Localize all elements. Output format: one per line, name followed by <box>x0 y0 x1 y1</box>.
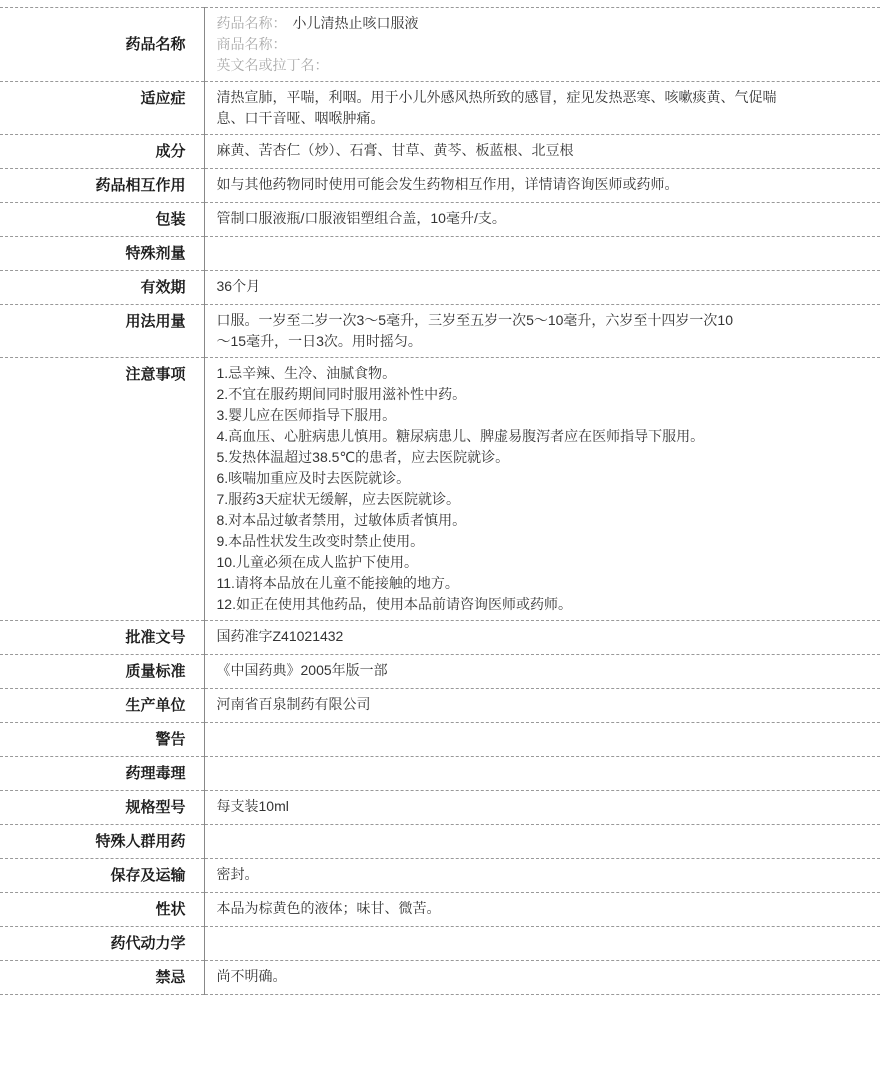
table-row: 药品名称药品名称：小儿清热止咳口服液商品名称：英文名或拉丁名： <box>0 8 880 82</box>
table-row: 批准文号国药准字Z41021432 <box>0 621 880 655</box>
value-line: 口服。一岁至二岁一次3～5毫升，三岁至五岁一次5～10毫升，六岁至十四岁一次10 <box>217 310 871 331</box>
row-value: 管制口服液瓶/口服液铝塑组合盖，10毫升/支。 <box>204 203 880 237</box>
row-label: 特殊人群用药 <box>0 825 204 859</box>
value-line: 4.高血压、心脏病患儿慎用。糖尿病患儿、脾虚易腹泻者应在医师指导下服用。 <box>217 426 871 447</box>
field-value <box>329 57 335 73</box>
table-row: 药品相互作用如与其他药物同时使用可能会发生药物相互作用，详情请咨询医师或药师。 <box>0 169 880 203</box>
value-line: 息、口干音哑、咽喉肿痛。 <box>217 108 871 129</box>
row-value: 密封。 <box>204 859 880 893</box>
value-line: 管制口服液瓶/口服液铝塑组合盖，10毫升/支。 <box>217 208 871 229</box>
row-label: 适应症 <box>0 82 204 135</box>
row-label: 禁忌 <box>0 961 204 995</box>
row-value <box>204 825 880 859</box>
row-label: 保存及运输 <box>0 859 204 893</box>
row-value <box>204 237 880 271</box>
row-value: 麻黄、苦杏仁（炒）、石膏、甘草、黄芩、板蓝根、北豆根 <box>204 135 880 169</box>
row-value: 口服。一岁至二岁一次3～5毫升，三岁至五岁一次5～10毫升，六岁至十四岁一次10… <box>204 305 880 358</box>
row-value: 尚不明确。 <box>204 961 880 995</box>
value-line: 清热宣肺，平喘，利咽。用于小儿外感风热所致的感冒，症见发热恶寒、咳嗽痰黄、气促喘 <box>217 87 871 108</box>
table-row: 生产单位河南省百泉制药有限公司 <box>0 689 880 723</box>
value-line: 每支装10ml <box>217 796 871 817</box>
row-value <box>204 723 880 757</box>
row-value: 药品名称：小儿清热止咳口服液商品名称：英文名或拉丁名： <box>204 8 880 82</box>
field-value: 小儿清热止咳口服液 <box>287 15 419 31</box>
row-value <box>204 757 880 791</box>
field-value <box>287 36 293 52</box>
field-caption: 药品名称： <box>217 15 287 31</box>
value-line: 7.服药3天症状无缓解，应去医院就诊。 <box>217 489 871 510</box>
row-value: 国药准字Z41021432 <box>204 621 880 655</box>
table-row: 特殊人群用药 <box>0 825 880 859</box>
row-value: 清热宣肺，平喘，利咽。用于小儿外感风热所致的感冒，症见发热恶寒、咳嗽痰黄、气促喘… <box>204 82 880 135</box>
row-label: 警告 <box>0 723 204 757</box>
table-row: 用法用量口服。一岁至二岁一次3～5毫升，三岁至五岁一次5～10毫升，六岁至十四岁… <box>0 305 880 358</box>
value-line: 1.忌辛辣、生冷、油腻食物。 <box>217 363 871 384</box>
row-value: 《中国药典》2005年版一部 <box>204 655 880 689</box>
value-line: 2.不宜在服药期间同时服用滋补性中药。 <box>217 384 871 405</box>
value-line: 密封。 <box>217 864 871 885</box>
value-line: 《中国药典》2005年版一部 <box>217 660 871 681</box>
table-row: 适应症清热宣肺，平喘，利咽。用于小儿外感风热所致的感冒，症见发热恶寒、咳嗽痰黄、… <box>0 82 880 135</box>
table-row: 特殊剂量 <box>0 237 880 271</box>
value-line: 本品为棕黄色的液体；味甘、微苦。 <box>217 898 871 919</box>
table-row: 质量标准《中国药典》2005年版一部 <box>0 655 880 689</box>
value-line: 商品名称： <box>217 34 871 55</box>
drug-table-body: 药品名称药品名称：小儿清热止咳口服液商品名称：英文名或拉丁名：适应症清热宣肺，平… <box>0 8 880 995</box>
table-row: 性状本品为棕黄色的液体；味甘、微苦。 <box>0 893 880 927</box>
value-line: 9.本品性状发生改变时禁止使用。 <box>217 531 871 552</box>
value-line: 麻黄、苦杏仁（炒）、石膏、甘草、黄芩、板蓝根、北豆根 <box>217 140 871 161</box>
row-label: 药理毒理 <box>0 757 204 791</box>
value-line: 11.请将本品放在儿童不能接触的地方。 <box>217 573 871 594</box>
field-caption: 英文名或拉丁名： <box>217 57 329 73</box>
value-line: 12.如正在使用其他药品，使用本品前请咨询医师或药师。 <box>217 594 871 615</box>
row-label: 批准文号 <box>0 621 204 655</box>
value-line: 英文名或拉丁名： <box>217 55 871 76</box>
value-line: 8.对本品过敏者禁用，过敏体质者慎用。 <box>217 510 871 531</box>
table-row: 警告 <box>0 723 880 757</box>
row-value: 每支装10ml <box>204 791 880 825</box>
row-label: 药品相互作用 <box>0 169 204 203</box>
row-label: 质量标准 <box>0 655 204 689</box>
table-row: 包装管制口服液瓶/口服液铝塑组合盖，10毫升/支。 <box>0 203 880 237</box>
row-label: 包装 <box>0 203 204 237</box>
drug-detail-page: 药品名称药品名称：小儿清热止咳口服液商品名称：英文名或拉丁名：适应症清热宣肺，平… <box>0 0 880 995</box>
value-line: 河南省百泉制药有限公司 <box>217 694 871 715</box>
row-value <box>204 927 880 961</box>
value-line: 国药准字Z41021432 <box>217 626 871 647</box>
table-row: 注意事项1.忌辛辣、生冷、油腻食物。2.不宜在服药期间同时服用滋补性中药。3.婴… <box>0 358 880 621</box>
field-caption: 商品名称： <box>217 36 287 52</box>
row-label: 注意事项 <box>0 358 204 621</box>
row-value: 1.忌辛辣、生冷、油腻食物。2.不宜在服药期间同时服用滋补性中药。3.婴儿应在医… <box>204 358 880 621</box>
value-line: 尚不明确。 <box>217 966 871 987</box>
row-label: 药品名称 <box>0 8 204 82</box>
table-row: 成分麻黄、苦杏仁（炒）、石膏、甘草、黄芩、板蓝根、北豆根 <box>0 135 880 169</box>
row-value: 本品为棕黄色的液体；味甘、微苦。 <box>204 893 880 927</box>
row-label: 性状 <box>0 893 204 927</box>
table-row: 药代动力学 <box>0 927 880 961</box>
value-line: ～15毫升，一日3次。用时摇匀。 <box>217 331 871 352</box>
table-row: 规格型号每支装10ml <box>0 791 880 825</box>
row-label: 规格型号 <box>0 791 204 825</box>
table-row: 禁忌尚不明确。 <box>0 961 880 995</box>
value-line: 5.发热体温超过38.5℃的患者，应去医院就诊。 <box>217 447 871 468</box>
row-label: 有效期 <box>0 271 204 305</box>
row-value: 河南省百泉制药有限公司 <box>204 689 880 723</box>
row-value: 如与其他药物同时使用可能会发生药物相互作用，详情请咨询医师或药师。 <box>204 169 880 203</box>
table-row: 保存及运输密封。 <box>0 859 880 893</box>
value-line: 药品名称：小儿清热止咳口服液 <box>217 13 871 34</box>
table-row: 药理毒理 <box>0 757 880 791</box>
value-line: 6.咳喘加重应及时去医院就诊。 <box>217 468 871 489</box>
row-label: 特殊剂量 <box>0 237 204 271</box>
value-line: 10.儿童必须在成人监护下使用。 <box>217 552 871 573</box>
table-row: 有效期36个月 <box>0 271 880 305</box>
value-line: 36个月 <box>217 276 871 297</box>
value-line: 3.婴儿应在医师指导下服用。 <box>217 405 871 426</box>
row-label: 用法用量 <box>0 305 204 358</box>
row-label: 生产单位 <box>0 689 204 723</box>
value-line: 如与其他药物同时使用可能会发生药物相互作用，详情请咨询医师或药师。 <box>217 174 871 195</box>
row-label: 成分 <box>0 135 204 169</box>
drug-info-table: 药品名称药品名称：小儿清热止咳口服液商品名称：英文名或拉丁名：适应症清热宣肺，平… <box>0 7 880 995</box>
row-label: 药代动力学 <box>0 927 204 961</box>
row-value: 36个月 <box>204 271 880 305</box>
